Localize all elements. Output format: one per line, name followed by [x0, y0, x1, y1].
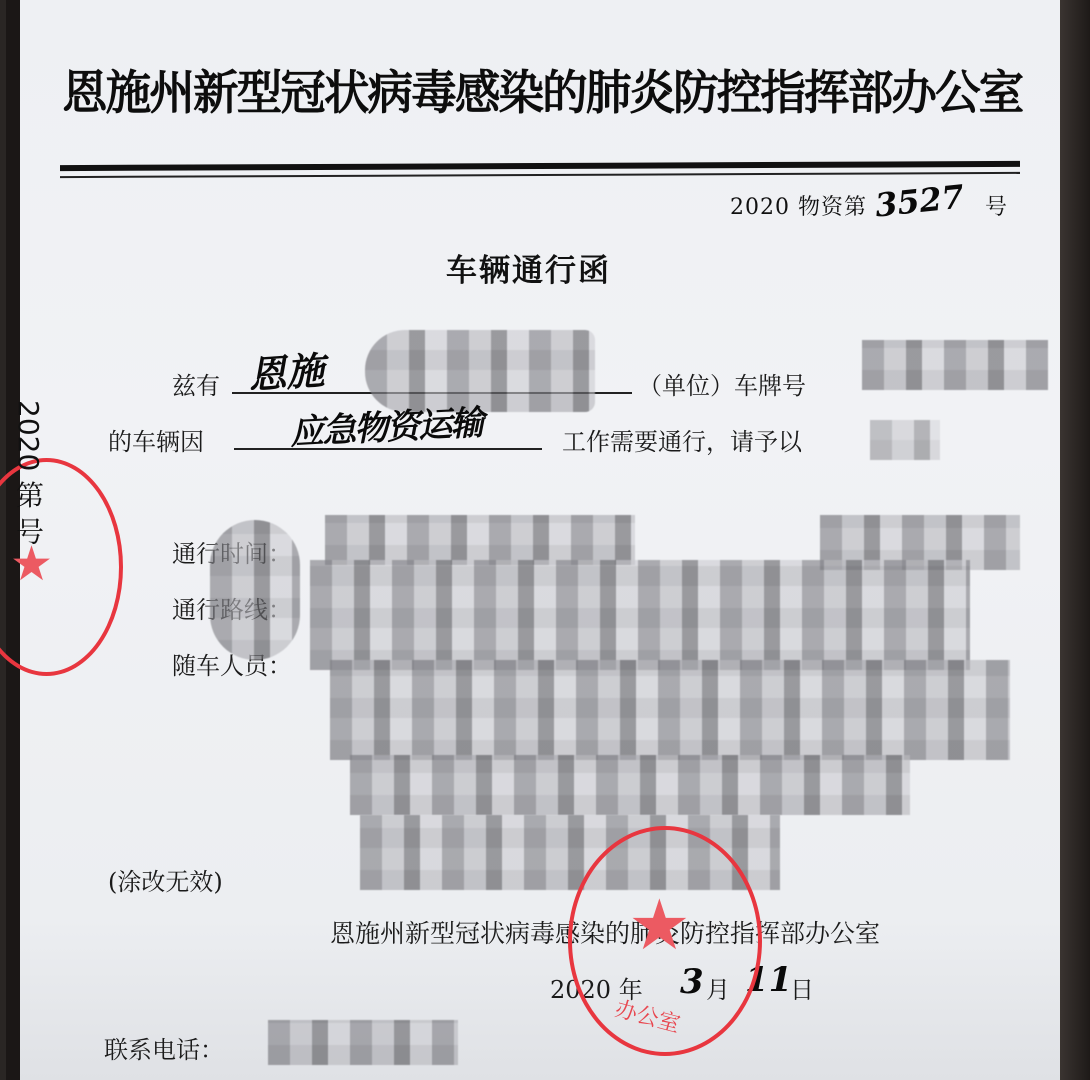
line2-text: 工作需要通行，请予以: [562, 422, 802, 457]
date-day-label: 日: [790, 970, 814, 1005]
doc-number-prefix: 2020 物资第: [730, 190, 867, 221]
background-surface: [1060, 0, 1090, 1080]
line1-label: 兹有: [172, 366, 220, 401]
issuer-title: 恩施州新型冠状病毒感染的肺炎防控指挥部办公室: [62, 56, 1022, 123]
seal-star-icon: ★: [628, 890, 691, 960]
void-note: (涂改无效): [108, 862, 223, 897]
line2-label: 的车辆因: [108, 422, 204, 457]
seam-seal-star-icon: ★: [10, 540, 53, 588]
unit-handwritten: 恩施: [246, 339, 326, 399]
contact-redaction: [268, 1020, 458, 1065]
unit-label: （单位）车牌号: [638, 366, 806, 401]
reason-handwritten: 应急物资运输: [289, 395, 483, 454]
passengers-redaction: [330, 660, 1010, 760]
label-redaction: [210, 520, 300, 660]
passengers-redaction-2: [350, 755, 910, 815]
pass-redaction: [870, 420, 940, 460]
doc-number-suffix: 号: [985, 190, 1007, 221]
left-stub-text: 2020 第 号: [8, 400, 48, 545]
route-redaction: [310, 560, 970, 670]
pass-time-redaction: [325, 515, 635, 565]
document-heading: 车辆通行函: [446, 245, 611, 290]
plate-redaction: [862, 340, 1048, 390]
contact-label: 联系电话：: [104, 1030, 224, 1065]
